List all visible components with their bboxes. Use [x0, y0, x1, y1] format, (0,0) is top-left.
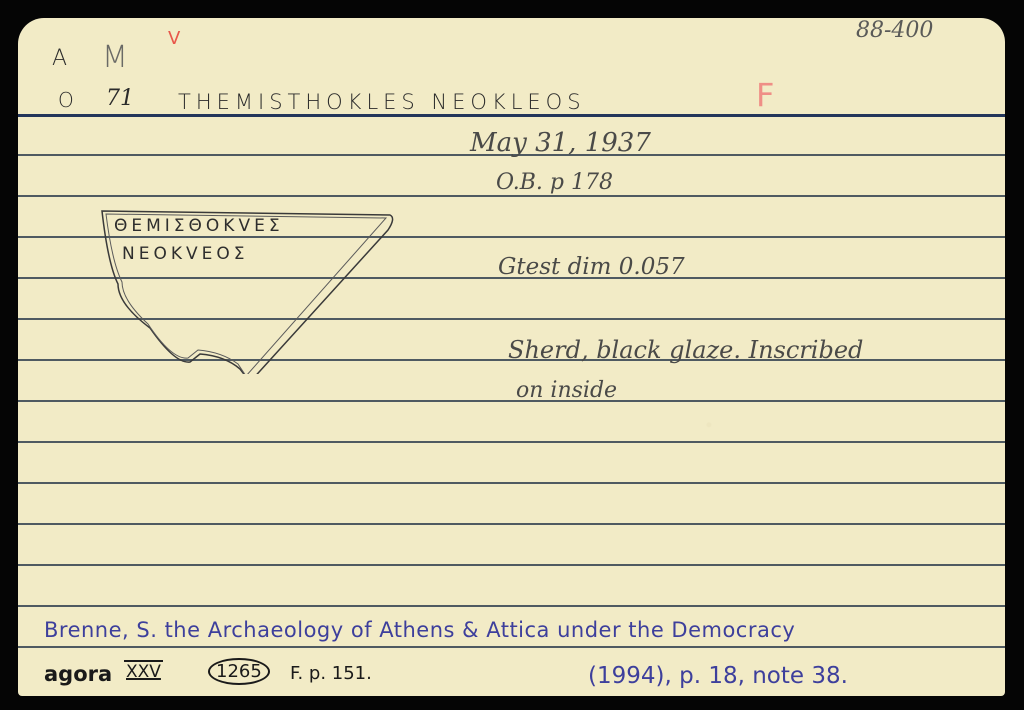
notebook-ref: O.B. p 178 [496, 170, 613, 195]
index-card: A M V 88-400 O 71 THEMISTHOKLES NEOKLEOS… [18, 18, 1005, 696]
inscription-line-2: ΝΕΟΚVΕΟΣ [122, 244, 248, 264]
description-line-1: Sherd, black glaze. Inscribed [508, 336, 863, 364]
entry-name: THEMISTHOKLES NEOKLEOS [178, 90, 586, 114]
ruled-line [18, 523, 1005, 525]
ruled-line [18, 195, 1005, 197]
ruled-line [18, 564, 1005, 566]
ruled-line [18, 482, 1005, 484]
entry-prefix: O [58, 88, 80, 112]
bibliography-line-2: (1994), p. 18, note 38. [588, 663, 848, 689]
catalog-number: 88-400 [856, 18, 933, 43]
dimension: Gtest dim 0.057 [498, 254, 685, 280]
ruled-line [18, 441, 1005, 443]
grade-mark: F [756, 76, 774, 114]
bibliography-line-1: Brenne, S. the Archaeology of Athens & A… [44, 618, 795, 642]
description-line-2: on inside [516, 378, 617, 403]
mark-a: A [52, 46, 73, 71]
ruled-line [18, 400, 1005, 402]
inscription-line-1: ΘΕΜΙΣΘΟΚVΕΣ [114, 216, 284, 236]
ruled-line [18, 646, 1005, 648]
date: May 31, 1937 [470, 128, 651, 158]
agora-label: agora [44, 662, 112, 686]
entry-number: 71 [106, 86, 134, 111]
agora-number: 1265 [208, 658, 270, 685]
ruled-line [18, 605, 1005, 607]
agora-volume: XXV [124, 660, 163, 682]
header-rule [18, 114, 1005, 117]
agora-page: F. p. 151. [290, 663, 372, 684]
mark-m: M [102, 40, 134, 75]
check-mark: V [168, 28, 180, 49]
